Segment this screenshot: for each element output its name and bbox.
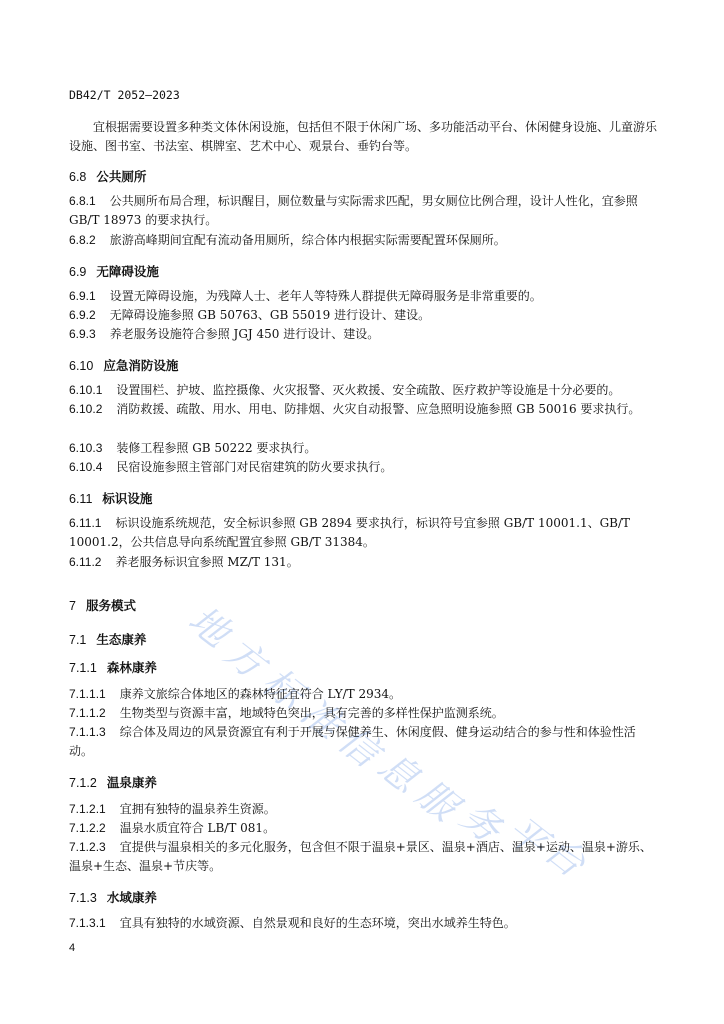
clause-number: 6.10.4	[69, 460, 102, 474]
clause-number: 7.1.2.2	[69, 821, 106, 835]
watermark-char: 方	[215, 622, 279, 689]
section-heading-7-1: 7.1生态康养	[69, 630, 146, 648]
clause-6-11-1: 6.11.1标识设施系统规范，安全标识参照 GB 2894 要求执行，标识符号宜…	[69, 514, 659, 552]
clause-text: 公共厕所布局合理，标识醒目，厕位数量与实际需求匹配，男女厕位比例合理，设计人性化…	[69, 194, 638, 227]
clause-text: 康养文旅综合体地区的森林特征宜符合 LY/T 2934。	[120, 687, 401, 701]
clause-number: 7.1.2.1	[69, 802, 106, 816]
clause-text: 无障碍设施参照 GB 50763、GB 55019 进行设计、建设。	[110, 308, 430, 322]
document-code-header: DB42/T 2052—2023	[69, 88, 180, 102]
clause-number: 7.1.3.1	[69, 916, 106, 930]
clause-7-1-2-1: 7.1.2.1宜拥有独特的温泉养生资源。	[69, 800, 659, 819]
clause-text: 标识设施系统规范，安全标识参照 GB 2894 要求执行，标识符号宜参照 GB/…	[69, 516, 630, 549]
clause-7-1-2-2: 7.1.2.2温泉水质宜符合 LB/T 081。	[69, 819, 659, 838]
section-number: 7	[69, 599, 76, 613]
section-title: 无障碍设施	[96, 264, 159, 279]
clause-text: 装修工程参照 GB 50222 要求执行。	[116, 441, 316, 455]
clause-text: 设置围栏、护坡、监控摄像、火灾报警、灭火救援、安全疏散、医疗救护等设施是十分必要…	[116, 383, 620, 397]
section-title: 公共厕所	[96, 169, 146, 184]
clause-text: 宜拥有独特的温泉养生资源。	[120, 802, 276, 816]
section-title: 生态康养	[96, 632, 146, 647]
clause-6-9-3: 6.9.3养老服务设施符合参照 JGJ 450 进行设计、建设。	[69, 325, 659, 344]
clause-text: 消防救援、疏散、用水、用电、防排烟、火灾自动报警、应急照明设施参照 GB 500…	[116, 402, 640, 416]
section-title: 水域康养	[107, 890, 157, 905]
clause-number: 6.11.1	[69, 516, 101, 530]
clause-number: 6.10.1	[69, 383, 102, 397]
section-number: 6.9	[69, 265, 86, 279]
clause-6-10-4: 6.10.4民宿设施参照主管部门对民宿建筑的防火要求执行。	[69, 458, 659, 477]
clause-number: 6.10.2	[69, 402, 102, 416]
section-heading-6-11: 6.11标识设施	[69, 489, 152, 507]
clause-number: 6.8.2	[69, 233, 96, 247]
clause-6-10-1: 6.10.1设置围栏、护坡、监控摄像、火灾报警、灭火救援、安全疏散、医疗救护等设…	[69, 381, 659, 400]
page-number: 4	[69, 942, 75, 954]
clause-6-8-2: 6.8.2旅游高峰期间宜配有流动备用厕所，综合体内根据实际需要配置环保厕所。	[69, 231, 659, 250]
clause-number: 6.9.2	[69, 308, 96, 322]
section-number: 7.1.1	[69, 661, 97, 675]
clause-number: 6.11.2	[69, 555, 101, 569]
section-heading-6-10: 6.10应急消防设施	[69, 356, 178, 374]
clause-6-10-3: 6.10.3装修工程参照 GB 50222 要求执行。	[69, 439, 659, 458]
clause-7-1-1-1: 7.1.1.1康养文旅综合体地区的森林特征宜符合 LY/T 2934。	[69, 685, 659, 704]
section-heading-6-8: 6.8公共厕所	[69, 167, 146, 185]
clause-number: 7.1.1.2	[69, 706, 106, 720]
clause-7-1-1-2: 7.1.1.2生物类型与资源丰富，地域特色突出，具有完善的多样性保护监测系统。	[69, 704, 659, 723]
clause-number: 6.10.3	[69, 441, 102, 455]
section-number: 6.11	[69, 492, 92, 506]
section-heading-6-9: 6.9无障碍设施	[69, 262, 159, 280]
section-number: 7.1	[69, 633, 86, 647]
intro-paragraph: 宜根据需要设置多种类文体休闲设施，包括但不限于休闲广场、多功能活动平台、休闲健身…	[69, 118, 659, 156]
clause-text: 温泉水质宜符合 LB/T 081。	[120, 821, 275, 835]
clause-text: 生物类型与资源丰富，地域特色突出，具有完善的多样性保护监测系统。	[120, 706, 504, 720]
section-number: 7.1.2	[69, 776, 97, 790]
section-heading-7-1-2: 7.1.2温泉康养	[69, 773, 157, 791]
section-title: 服务模式	[86, 598, 136, 613]
clause-number: 7.1.1.3	[69, 725, 106, 739]
section-heading-7-1-3: 7.1.3水域康养	[69, 888, 157, 906]
clause-number: 6.8.1	[69, 194, 96, 208]
section-title: 温泉康养	[107, 775, 157, 790]
clause-7-1-1-3: 7.1.1.3综合体及周边的风景资源宜有利于开展与保健养生、休闲度假、健身运动结…	[69, 723, 659, 761]
clause-6-9-1: 6.9.1设置无障碍设施，为残障人士、老年人等特殊人群提供无障碍服务是非常重要的…	[69, 287, 659, 306]
section-title: 森林康养	[107, 660, 157, 675]
clause-text: 设置无障碍设施，为残障人士、老年人等特殊人群提供无障碍服务是非常重要的。	[110, 289, 542, 303]
section-number: 6.10	[69, 359, 93, 373]
section-title: 标识设施	[102, 491, 152, 506]
clause-number: 7.1.2.3	[69, 840, 106, 854]
clause-number: 7.1.1.1	[69, 687, 106, 701]
section-number: 6.8	[69, 170, 86, 184]
clause-text: 宜提供与温泉相关的多元化服务，包含但不限于温泉+景区、温泉+酒店、温泉+运动、温…	[69, 840, 652, 873]
clause-text: 养老服务设施符合参照 JGJ 450 进行设计、建设。	[110, 327, 380, 341]
clause-text: 民宿设施参照主管部门对民宿建筑的防火要求执行。	[116, 460, 392, 474]
clause-text: 旅游高峰期间宜配有流动备用厕所，综合体内根据实际需要配置环保厕所。	[110, 233, 506, 247]
clause-7-1-2-3: 7.1.2.3宜提供与温泉相关的多元化服务，包含但不限于温泉+景区、温泉+酒店、…	[69, 838, 659, 876]
clause-6-11-2: 6.11.2养老服务标识宜参照 MZ/T 131。	[69, 553, 659, 572]
section-heading-7-1-1: 7.1.1森林康养	[69, 658, 157, 676]
clause-number: 6.9.1	[69, 289, 96, 303]
clause-6-9-2: 6.9.2无障碍设施参照 GB 50763、GB 55019 进行设计、建设。	[69, 306, 659, 325]
chapter-heading-7: 7服务模式	[69, 596, 136, 614]
clause-text: 宜具有独特的水域资源、自然景观和良好的生态环境，突出水域养生特色。	[120, 916, 516, 930]
clause-text: 养老服务标识宜参照 MZ/T 131。	[115, 555, 298, 569]
section-title: 应急消防设施	[103, 358, 178, 373]
section-number: 7.1.3	[69, 891, 97, 905]
clause-7-1-3-1: 7.1.3.1宜具有独特的水域资源、自然景观和良好的生态环境，突出水域养生特色。	[69, 914, 659, 933]
clause-6-10-2: 6.10.2消防救援、疏散、用水、用电、防排烟、火灾自动报警、应急照明设施参照 …	[69, 400, 659, 419]
clause-text: 综合体及周边的风景资源宜有利于开展与保健养生、休闲度假、健身运动结合的参与性和体…	[69, 725, 636, 758]
clause-6-8-1: 6.8.1公共厕所布局合理，标识醒目，厕位数量与实际需求匹配，男女厕位比例合理，…	[69, 192, 659, 230]
watermark-char: 地	[179, 590, 243, 657]
clause-number: 6.9.3	[69, 327, 96, 341]
